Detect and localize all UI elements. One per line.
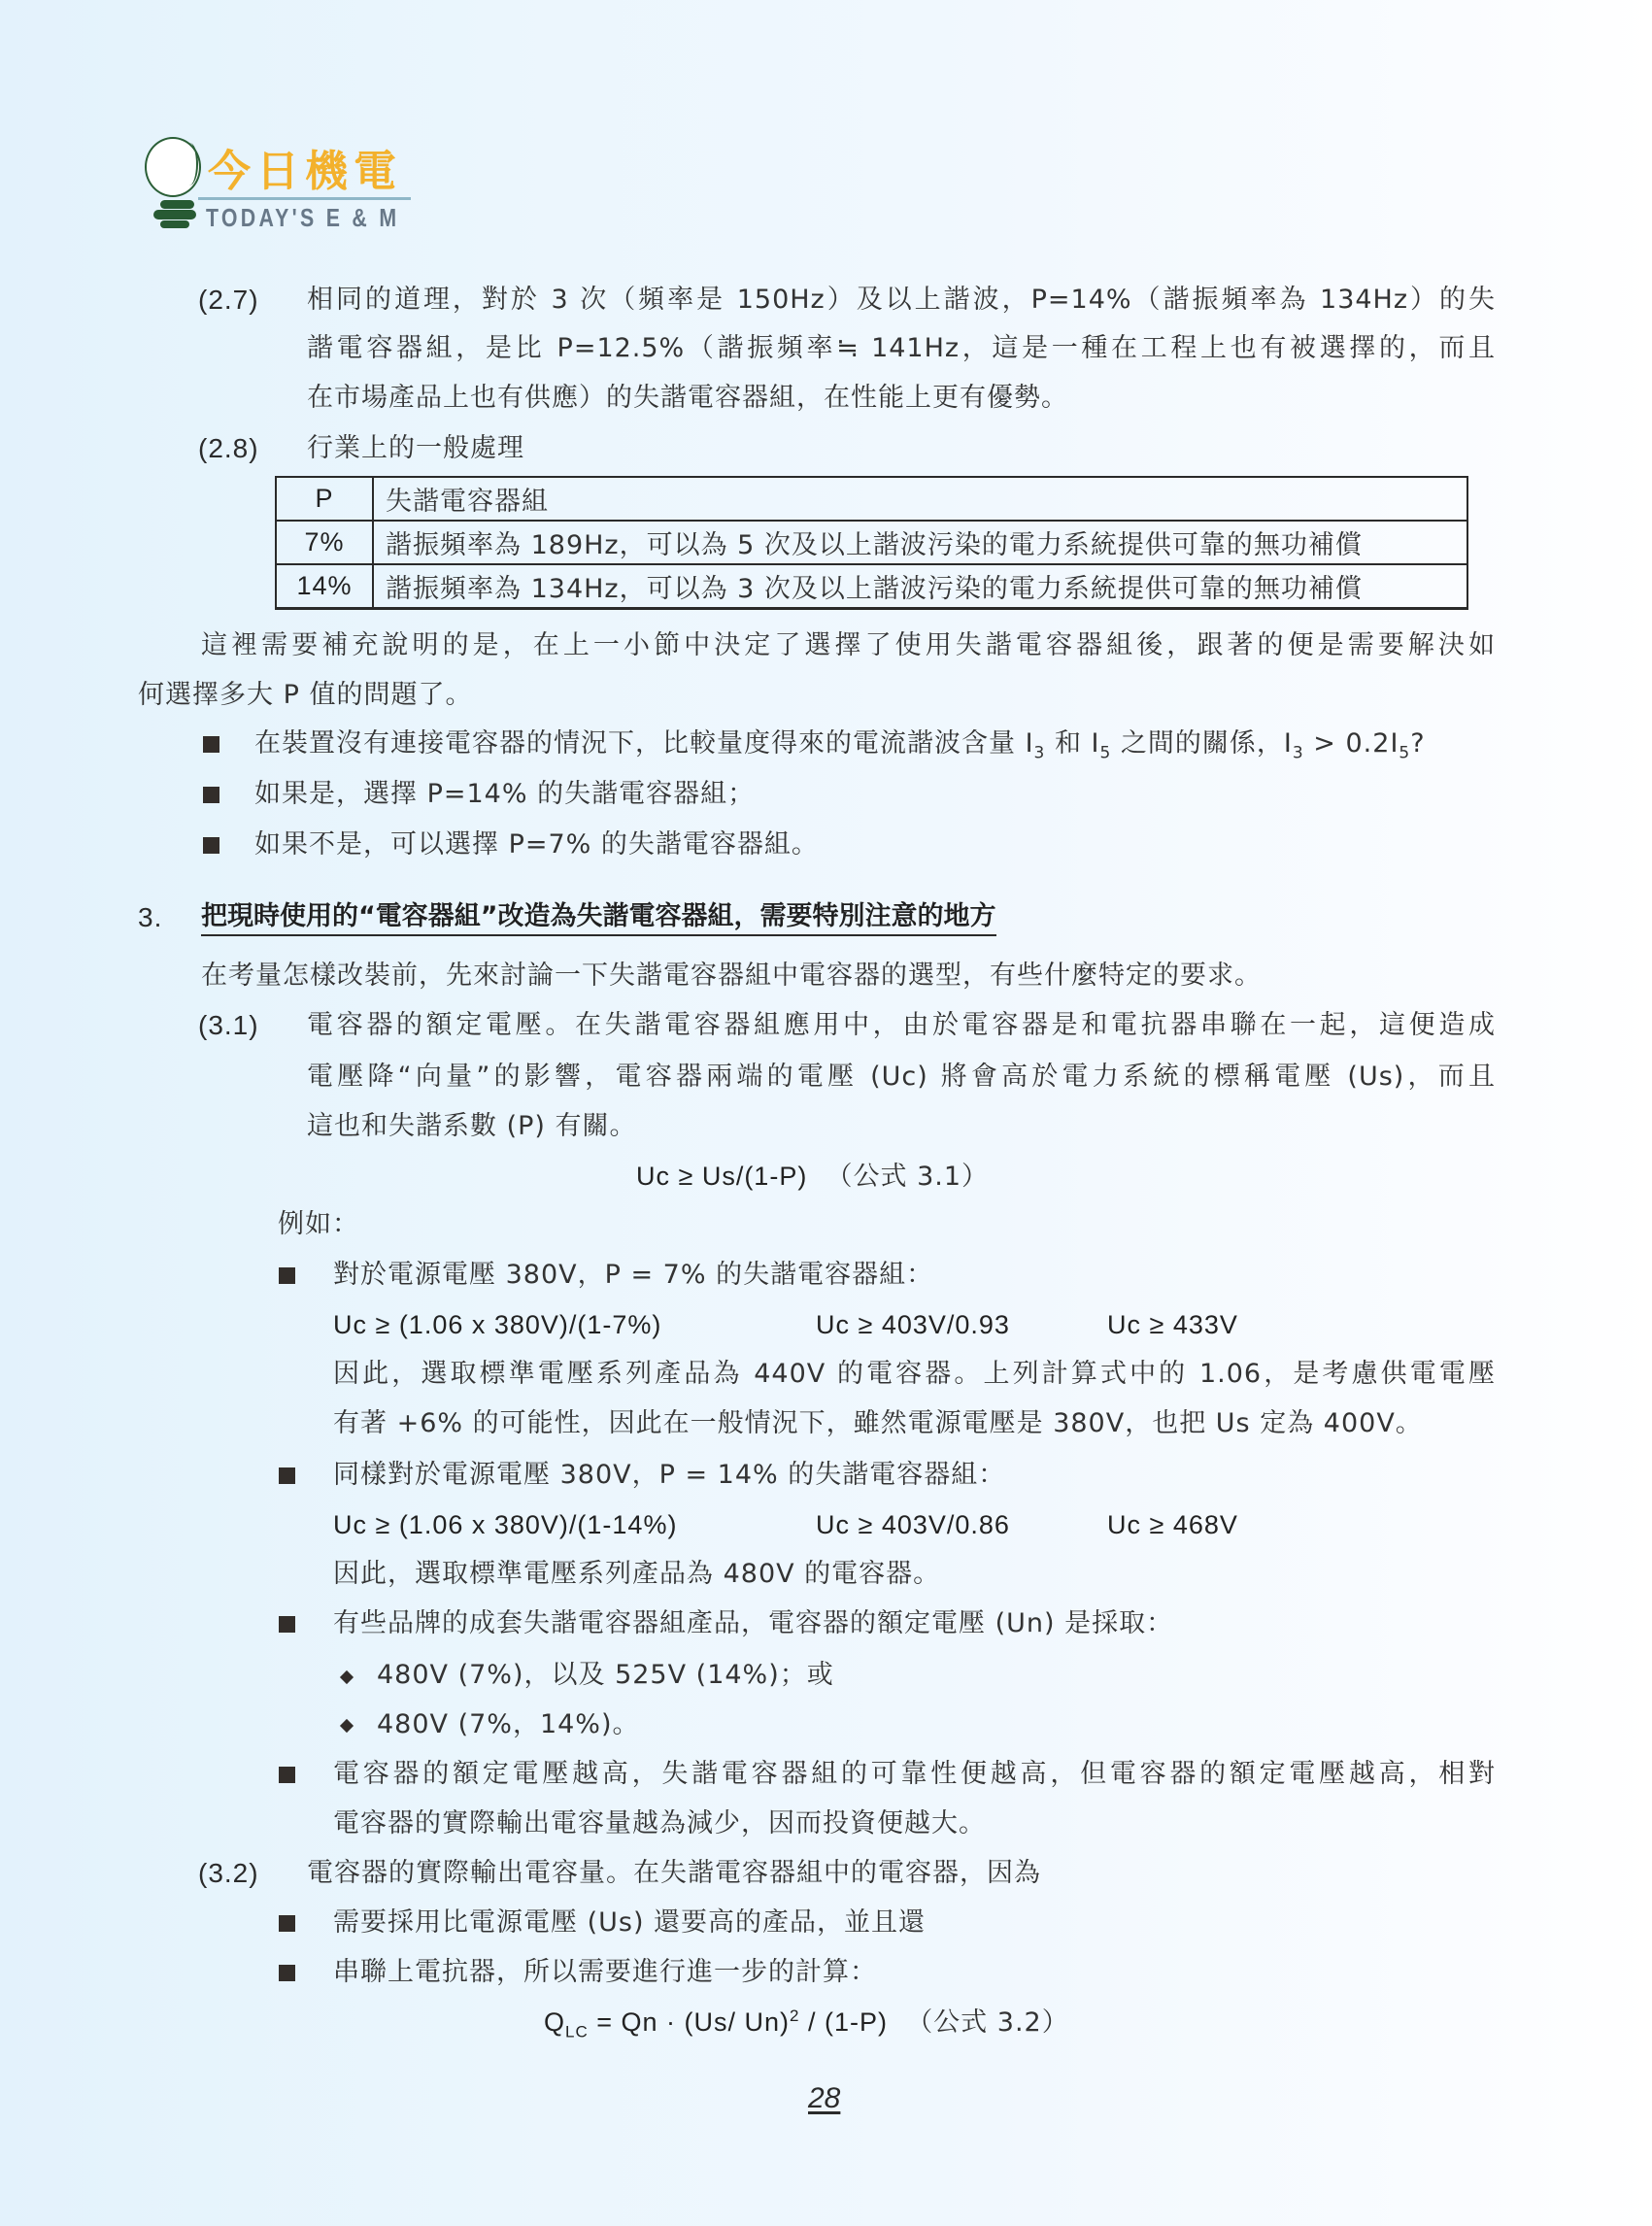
table-header-row: P 失諧電容器組 [276, 477, 1467, 521]
bullet-text: 同樣對於電源電壓 380V，P = 14% 的失諧電容器組： [333, 1458, 1005, 1493]
bullet-text: 如果是，選擇 P=14% 的失諧電容器組； [254, 777, 755, 812]
bulb-base-stripe [160, 200, 194, 209]
bullet-text: 串聯上電抗器，所以需要進行進一步的計算： [333, 1955, 877, 1990]
section-label-3-2: (3.2) [198, 1856, 259, 1891]
section-label-3-1: (3.1) [198, 1008, 259, 1043]
calc-step: Uc ≥ 403V/0.86 [816, 1507, 1010, 1542]
bullet-text: 需要採用比電源電壓 (Us) 還要高的產品，並且還 [333, 1906, 926, 1940]
example-label: 例如： [278, 1207, 359, 1242]
bulb-highlight [181, 143, 198, 185]
paragraph-line: 這裡需要補充說明的是，在上一小節中決定了選擇了使用失諧電容器組後，跟著的便是需要… [201, 628, 1496, 663]
bullet-text: 電容器的額定電壓越高，失諧電容器組的可靠性便越高，但電容器的額定電壓越高，相對 [333, 1757, 1496, 1792]
section-label-2-7: (2.7) [198, 283, 259, 318]
square-bullet-icon [203, 787, 219, 803]
calc-step: Uc ≥ 468V [1107, 1507, 1238, 1542]
square-bullet-icon [279, 1915, 295, 1932]
section-heading: 把現時使用的“電容器組”改造為失諧電容器組，需要特別注意的地方 [201, 900, 996, 936]
paragraph-line: 何選擇多大 P 值的問題了。 [138, 678, 472, 713]
paragraph-line: 諧電容器組，是比 P=12.5%（諧振頻率≒ 141Hz，這是一種在工程上也有被… [307, 331, 1496, 366]
table-cell: 14% [276, 564, 373, 609]
formula-3-2: QLC = Qn · (Us/ Un)2 / (1-P) （公式 3.2） [544, 2005, 1069, 2040]
bullet-text: 對於電源電壓 380V，P = 7% 的失諧電容器組： [333, 1258, 933, 1293]
paragraph-line: 有著 +6% 的可能性，因此在一般情況下，雖然電源電壓是 380V，也把 Us … [333, 1406, 1423, 1441]
option-text: 480V (7%)，以及 525V (14%)；或 [377, 1658, 834, 1693]
table-cell: 7% [276, 521, 373, 564]
logo-chinese-title: 今日機電 [208, 146, 402, 198]
bulb-base-stripe [160, 220, 189, 228]
section-title: 行業上的一般處理 [307, 431, 524, 466]
paragraph-line: 這也和失諧系數 (P) 有關。 [307, 1109, 637, 1144]
section-number: 3. [138, 900, 162, 935]
paragraph-line: 因此，選取標準電壓系列產品為 480V 的電容器。 [333, 1557, 940, 1592]
bullet-text: 在裝置沒有連接電容器的情況下，比較量度得來的電流諧波含量 I3 和 I5 之間的… [254, 726, 1426, 761]
option-text: 480V (7%，14%)。 [377, 1707, 640, 1742]
square-bullet-icon [279, 1965, 295, 1981]
calc-step: Uc ≥ 403V/0.93 [816, 1307, 1010, 1342]
table-row: 7% 諧振頻率為 189Hz，可以為 5 次及以上諧波污染的電力系統提供可靠的無… [276, 521, 1467, 564]
logo-divider [198, 197, 411, 200]
square-bullet-icon [279, 1467, 295, 1484]
p-value-table: P 失諧電容器組 7% 諧振頻率為 189Hz，可以為 5 次及以上諧波污染的電… [275, 476, 1468, 610]
square-bullet-icon [279, 1616, 295, 1633]
page-number: 28 [808, 2082, 840, 2115]
paragraph-line: 電容器的實際輸出電容量。在失諧電容器組中的電容器，因為 [307, 1856, 1041, 1891]
table-header-cell: P [276, 477, 373, 521]
section-label-2-8: (2.8) [198, 431, 259, 466]
paragraph-line: 相同的道理，對於 3 次（頻率是 150Hz）及以上諧波，P=14%（諧振頻率為… [307, 283, 1496, 318]
diamond-bullet-icon [340, 1670, 354, 1684]
square-bullet-icon [203, 837, 219, 854]
calc-step: Uc ≥ (1.06 x 380V)/(1-14%) [333, 1507, 677, 1542]
square-bullet-icon [279, 1267, 295, 1284]
paragraph-line: 電容器的額定電壓。在失諧電容器組應用中，由於電容器是和電抗器串聯在一起，這便造成 [307, 1008, 1496, 1043]
calc-step: Uc ≥ (1.06 x 380V)/(1-7%) [333, 1307, 661, 1342]
bullet-text: 如果不是，可以選擇 P=7% 的失諧電容器組。 [254, 827, 819, 862]
logo-english-title: TODAY'S E & M [206, 203, 399, 232]
paragraph-line: 在市場產品上也有供應）的失諧電容器組，在性能上更有優勢。 [307, 381, 1068, 416]
formula-3-1: Uc ≥ Us/(1-P) （公式 3.1） [636, 1159, 989, 1195]
table-row: 14% 諧振頻率為 134Hz，可以為 3 次及以上諧波污染的電力系統提供可靠的… [276, 564, 1467, 609]
table-cell: 諧振頻率為 134Hz，可以為 3 次及以上諧波污染的電力系統提供可靠的無功補償 [373, 564, 1467, 609]
bullet-text: 有些品牌的成套失諧電容器組產品，電容器的額定電壓 (Un) 是採取： [333, 1606, 1173, 1641]
square-bullet-icon [203, 736, 219, 753]
bulb-base-stripe [153, 210, 196, 219]
table-cell: 諧振頻率為 189Hz，可以為 5 次及以上諧波污染的電力系統提供可靠的無功補償 [373, 521, 1467, 564]
calc-step: Uc ≥ 433V [1107, 1307, 1238, 1342]
diamond-bullet-icon [340, 1719, 354, 1733]
square-bullet-icon [279, 1767, 295, 1783]
paragraph-line: 電容器的實際輸出電容量越為減少，因而投資便越大。 [333, 1806, 986, 1841]
table-header-cell: 失諧電容器組 [373, 477, 1467, 521]
paragraph-line: 在考量怎樣改裝前，先來討論一下失諧電容器組中電容器的選型，有些什麼特定的要求。 [201, 959, 1262, 994]
paragraph-line: 電壓降“向量”的影響，電容器兩端的電壓 (Uc) 將會高於電力系統的標稱電壓 (… [307, 1060, 1496, 1095]
paragraph-line: 因此，選取標準電壓系列產品為 440V 的電容器。上列計算式中的 1.06，是考… [333, 1357, 1496, 1392]
